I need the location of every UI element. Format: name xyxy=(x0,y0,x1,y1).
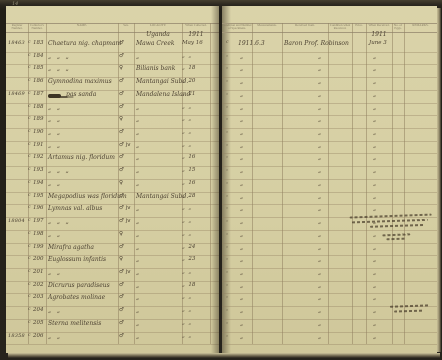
ditto-mark: „ xyxy=(240,321,248,327)
date-collected: „ „ xyxy=(182,105,212,111)
sex-mark: ♂ xyxy=(119,295,134,301)
ditto-mark: „ xyxy=(373,54,381,60)
row-tick: „ xyxy=(226,105,234,110)
handwritten-remark-note xyxy=(348,210,439,243)
ditto-mark: „ xyxy=(318,321,326,327)
register-row: c189„ „♀„„ „ xyxy=(6,115,219,129)
date-collected: „ „ xyxy=(182,54,212,60)
row-tick: „ xyxy=(226,181,234,186)
sex-mark: ♀ xyxy=(119,181,134,187)
species-name: Sterna melitensis xyxy=(48,321,118,327)
register-row: „„„„ xyxy=(222,255,437,269)
date-collected: „ „ xyxy=(182,206,212,212)
date-collected: „ „ xyxy=(182,143,212,149)
ditto-mark: „ xyxy=(240,155,248,161)
row-tick: c xyxy=(28,270,32,275)
specimen-number: 195 xyxy=(33,194,46,200)
specimen-number: 186 xyxy=(33,79,46,85)
specimen-number: 205 xyxy=(33,321,46,327)
specimen-number: 192 xyxy=(33,155,46,161)
locality: „ xyxy=(136,283,181,289)
species-name: Artamus nig. floridum xyxy=(48,155,118,161)
ditto-mark: „ xyxy=(373,245,381,251)
ditto-mark: „ xyxy=(240,143,248,149)
sex-mark: ♂ xyxy=(119,245,134,251)
register-row: „„„„ xyxy=(222,141,437,155)
ditto-mark: „ xyxy=(240,295,248,301)
row-tick: „ xyxy=(226,79,234,84)
specimen-number: 188 xyxy=(33,105,46,111)
locality: „ xyxy=(136,321,181,327)
species-name: „ „ „ xyxy=(48,168,118,174)
date-collected: „ 15 xyxy=(182,168,212,174)
ditto-mark: „ xyxy=(318,79,326,85)
register-row: c204„ „♂„„ „ xyxy=(6,306,219,320)
ditto-mark: „ xyxy=(318,219,326,225)
row-tick: „ xyxy=(226,130,234,135)
register-number: 18358 xyxy=(8,334,27,339)
ditto-mark: „ xyxy=(240,270,248,276)
handwriting-stroke xyxy=(394,310,424,313)
register-row: „„„„ xyxy=(222,77,437,91)
ditto-mark: „ xyxy=(373,105,381,111)
register-row: „„„„ xyxy=(222,90,437,104)
ditto-mark: „ xyxy=(318,155,326,161)
register-row: c198„ „♀„„ „ xyxy=(6,230,219,244)
date-collected: „ 24 xyxy=(182,245,212,251)
ditto-mark: „ xyxy=(318,308,326,314)
register-row: „„„„ xyxy=(222,153,437,167)
specimen-number: 185 xyxy=(33,66,46,72)
ditto-mark: „ xyxy=(240,92,248,98)
specimen-number: 204 xyxy=(33,308,46,314)
row-tick: c xyxy=(28,308,32,313)
specimen-number: 187 xyxy=(33,92,46,98)
date-collected: „ 23 xyxy=(182,257,212,263)
species-name: Gymnodina maximus xyxy=(48,79,118,85)
date-collected: „ „ xyxy=(182,334,212,340)
sex-mark: ♂ xyxy=(119,155,134,161)
date-collected: „ „ xyxy=(182,321,212,327)
specimen-number: 183 xyxy=(33,41,46,47)
date-collected: „ 16 xyxy=(182,181,212,187)
page-stack-edge-right xyxy=(437,8,441,352)
year-script: 1911 xyxy=(182,31,210,38)
sex-mark: ♀ xyxy=(119,117,134,123)
specimen-number: 184 xyxy=(33,54,46,60)
date-collected: „ „ xyxy=(182,232,212,238)
register-number: 18463 xyxy=(8,41,27,46)
register-row: c192Artamus nig. floridum♂„„ 16 xyxy=(6,153,219,167)
species-name: „ „ xyxy=(48,181,118,187)
species-name: „ „ xyxy=(48,143,118,149)
date-collected: „ „ xyxy=(182,295,212,301)
handwriting-stroke xyxy=(350,214,432,219)
row-tick: „ xyxy=(226,295,234,300)
specimen-number: 196 xyxy=(33,206,46,212)
register-row: „„„„ xyxy=(222,64,437,78)
register-row: 18469c187pas sanda♂Mandalena Island„ 21 xyxy=(6,90,219,104)
ditto-mark: „ xyxy=(240,283,248,289)
ditto-mark: „ xyxy=(373,117,381,123)
row-tick: „ xyxy=(226,219,234,224)
row-tick: c xyxy=(28,41,32,46)
register-row: c200Euglossum infantis♀„„ 23 xyxy=(6,255,219,269)
ditto-mark: „ xyxy=(318,54,326,60)
row-tick: „ xyxy=(226,155,234,160)
row-tick: c xyxy=(28,219,32,224)
handwritten-remark-note xyxy=(388,302,434,316)
specimen-number: 194 xyxy=(33,181,46,187)
row-tick: c xyxy=(28,245,32,250)
row-tick: „ xyxy=(226,143,234,148)
sex-mark: ♂ xyxy=(119,105,134,111)
register-row: „„„„ xyxy=(222,192,437,206)
locality: „ xyxy=(136,270,181,276)
date-collected: „ 21 xyxy=(182,92,212,98)
date-collected: „ „ xyxy=(182,270,212,276)
species-name: Megapodius was floridum xyxy=(48,194,118,200)
ditto-mark: „ xyxy=(240,245,248,251)
ditto-mark: „ xyxy=(373,168,381,174)
species-name: „ „ „ xyxy=(48,54,118,60)
locality: „ xyxy=(136,130,181,136)
specimen-number: 200 xyxy=(33,257,46,263)
register-row: „„„„ xyxy=(222,115,437,129)
register-row: c185„ „ „♀Bilianis bank„ 18 xyxy=(6,64,219,78)
species-name: „ „ xyxy=(48,308,118,314)
register-row: c191„ „♂ jv„„ „ xyxy=(6,141,219,155)
locality: „ xyxy=(136,334,181,340)
row-tick: „ xyxy=(226,194,234,199)
ditto-mark: „ xyxy=(318,194,326,200)
ditto-mark: „ xyxy=(373,321,381,327)
right-script-line: 1911 xyxy=(222,31,437,39)
ditto-mark: „ xyxy=(240,79,248,85)
row-tick: c xyxy=(28,295,32,300)
locality: Mantangai Subd. xyxy=(136,79,181,85)
register-row: „„„„ xyxy=(222,243,437,257)
row-tick: „ xyxy=(226,66,234,71)
locality: „ xyxy=(136,257,181,263)
sex-mark: ♂ xyxy=(119,283,134,289)
row-tick: c xyxy=(28,143,32,148)
ditto-mark: „ xyxy=(318,245,326,251)
row-tick: c xyxy=(28,54,32,59)
register-row: „„„„ xyxy=(222,179,437,193)
row-tick: c xyxy=(28,232,32,237)
locality: „ xyxy=(136,219,181,225)
locality: Bilianis bank xyxy=(136,66,181,72)
ditto-mark: „ xyxy=(318,270,326,276)
ditto-mark: „ xyxy=(318,117,326,123)
row-tick: „ xyxy=(226,283,234,288)
locality: „ xyxy=(136,105,181,111)
register-row: „„„„ xyxy=(222,166,437,180)
ditto-mark: „ xyxy=(373,283,381,289)
ditto-mark: „ xyxy=(240,130,248,136)
scanned-register-spread: 14 Register Number. Collector's Number. … xyxy=(0,0,442,360)
left-script-line: Uganda 1911 xyxy=(6,31,219,39)
register-row: c195Megapodius was floridum♂Mantangai Su… xyxy=(6,192,219,206)
row-tick: c xyxy=(28,194,32,199)
ditto-mark: „ xyxy=(318,130,326,136)
ditto-mark: „ xyxy=(240,194,248,200)
row-tick: c xyxy=(28,181,32,186)
ditto-mark: „ xyxy=(240,105,248,111)
species-name: Agrobates molinae xyxy=(48,295,118,301)
ditto-mark: „ xyxy=(318,334,326,340)
row-tick: c xyxy=(28,334,32,339)
specimen-number: 193 xyxy=(33,168,46,174)
register-row: 18804c197„ „ „♂ jv„„ „ xyxy=(6,217,219,231)
received-from: Baron Prof. Robinson xyxy=(284,41,332,47)
locality: „ xyxy=(136,308,181,314)
register-number: 18469 xyxy=(8,92,27,97)
row-tick: „ xyxy=(226,92,234,97)
register-row: c203Agrobates molinae♂„„ „ xyxy=(6,293,219,307)
register-row: „„„„ xyxy=(222,103,437,117)
locality: „ xyxy=(136,143,181,149)
ditto-mark: „ xyxy=(318,206,326,212)
register-row: c190„ „♂„„ „ xyxy=(6,128,219,142)
register-row: c193„ „ „♂„„ 15 xyxy=(6,166,219,180)
locality: Mawa Creek xyxy=(136,41,181,47)
register-row: c196Lymnas val. albus♂ jv„„ „ xyxy=(6,204,219,218)
specimen-number: 203 xyxy=(33,295,46,301)
row-tick: „ xyxy=(226,270,234,275)
species-name: „ „ xyxy=(48,334,118,340)
ditto-mark: „ xyxy=(240,257,248,263)
date-collected: „ „ xyxy=(182,117,212,123)
sex-mark: ♂ jv xyxy=(119,206,134,212)
year-script: 1911 xyxy=(366,31,392,38)
ditto-mark: „ xyxy=(240,54,248,60)
sex-mark: ♀ xyxy=(119,232,134,238)
ditto-mark: „ xyxy=(240,334,248,340)
handwriting-stroke xyxy=(386,238,406,241)
ditto-mark: „ xyxy=(373,270,381,276)
ditto-mark: „ xyxy=(318,105,326,111)
species-name: „ „ xyxy=(48,232,118,238)
species-name: „ „ xyxy=(48,270,118,276)
specimen-number: 198 xyxy=(33,232,46,238)
register-row: „„„„ xyxy=(222,281,437,295)
ditto-mark: „ xyxy=(240,117,248,123)
register-row: c194„ „♀„„ 16 xyxy=(6,179,219,193)
ditto-mark: „ xyxy=(318,168,326,174)
specimen-number: 206 xyxy=(33,334,46,340)
date-collected: „ „ xyxy=(182,219,212,225)
locality: „ xyxy=(136,117,181,123)
species-name: „ „ xyxy=(48,105,118,111)
row-tick: c xyxy=(28,155,32,160)
date-collected: „ 18 xyxy=(182,66,212,72)
row-tick: „ xyxy=(226,232,234,237)
date-collected: „ „ xyxy=(182,308,212,314)
ink-blot-strikeout xyxy=(48,94,61,98)
specimen-number: 190 xyxy=(33,130,46,136)
ditto-mark: „ xyxy=(373,334,381,340)
ditto-mark: „ xyxy=(373,66,381,72)
register-row: 18463c183Chaetura nig. chapmani♂Mawa Cre… xyxy=(6,39,219,53)
ditto-mark: „ xyxy=(318,257,326,263)
register-row: c186Gymnodina maximus♂Mantangai Subd.„ 2… xyxy=(6,77,219,91)
date-collected: „ 18 xyxy=(182,283,212,289)
handwriting-stroke xyxy=(370,224,424,228)
sex-mark: ♂ jv xyxy=(119,143,134,149)
ditto-mark: „ xyxy=(373,130,381,136)
species-name: Mirafra agatha xyxy=(48,245,118,251)
row-tick: „ xyxy=(226,334,234,339)
register-row: „„„„ xyxy=(222,319,437,333)
ditto-mark: „ xyxy=(373,79,381,85)
row-tick: c xyxy=(226,41,234,46)
specimen-number: 189 xyxy=(33,117,46,123)
ditto-mark: „ xyxy=(240,181,248,187)
row-tick: c xyxy=(28,321,32,326)
register-row: „„„„ xyxy=(222,332,437,346)
date-collected: „ 28 xyxy=(182,194,212,200)
date-collected: „ 20 xyxy=(182,79,212,85)
ditto-mark: „ xyxy=(240,219,248,225)
row-tick: c xyxy=(28,117,32,122)
locality: „ xyxy=(136,54,181,60)
register-row: „„„„ xyxy=(222,128,437,142)
locality: „ xyxy=(136,206,181,212)
register-row: c199Mirafra agatha♂„„ 24 xyxy=(6,243,219,257)
sex-mark: ♂ xyxy=(119,130,134,136)
row-tick: c xyxy=(28,92,32,97)
sex-mark: ♂ xyxy=(119,92,134,98)
species-name: Lymnas val. albus xyxy=(48,206,118,212)
specimen-number: 191 xyxy=(33,143,46,149)
sex-mark: ♂ xyxy=(119,168,134,174)
ditto-mark: „ xyxy=(318,92,326,98)
sex-mark: ♂ xyxy=(119,41,134,47)
ditto-mark: „ xyxy=(373,257,381,263)
locality: „ xyxy=(136,181,181,187)
ditto-mark: „ xyxy=(373,295,381,301)
ditto-mark: „ xyxy=(318,232,326,238)
ditto-mark: „ xyxy=(318,295,326,301)
specimen-number: 197 xyxy=(33,219,46,225)
ditto-mark: „ xyxy=(373,143,381,149)
register-right-page: Condition and Number of Specimens. Measu… xyxy=(222,6,437,353)
ditto-mark: „ xyxy=(318,283,326,289)
register-row: c201„ „♂ jv„„ „ xyxy=(6,268,219,282)
date-collected: „ 16 xyxy=(182,155,212,161)
sex-mark: ♂ xyxy=(119,334,134,340)
row-tick: c xyxy=(28,257,32,262)
handwriting-stroke xyxy=(352,219,428,224)
sex-mark: ♂ xyxy=(119,308,134,314)
sex-mark: ♀ xyxy=(119,66,134,72)
ditto-mark: „ xyxy=(373,194,381,200)
date-collected: May 16 xyxy=(182,41,212,47)
row-tick: c xyxy=(28,206,32,211)
date-received: June 3 xyxy=(369,41,395,47)
ditto-mark: „ xyxy=(318,66,326,72)
register-row: c202Dicrurus paradiseus♂„„ 18 xyxy=(6,281,219,295)
sex-mark: ♀ xyxy=(119,257,134,263)
row-tick: „ xyxy=(226,117,234,122)
locality: „ xyxy=(136,155,181,161)
row-tick: „ xyxy=(226,168,234,173)
row-tick: „ xyxy=(226,257,234,262)
ditto-mark: „ xyxy=(240,232,248,238)
sex-mark: ♂ jv xyxy=(119,270,134,276)
row-tick: c xyxy=(28,283,32,288)
ditto-mark: „ xyxy=(373,155,381,161)
species-name: pas sanda xyxy=(66,92,118,98)
handwriting-stroke xyxy=(382,233,410,236)
handwriting-stroke xyxy=(390,304,430,307)
ditto-mark: „ xyxy=(240,66,248,72)
sex-mark: ♂ xyxy=(119,79,134,85)
sex-mark: ♂ xyxy=(119,321,134,327)
species-name: „ „ „ xyxy=(48,66,118,72)
locality: „ xyxy=(136,295,181,301)
species-name: Dicrurus paradiseus xyxy=(48,283,118,289)
species-name: Chaetura nig. chapmani xyxy=(48,41,118,47)
row-tick: „ xyxy=(226,206,234,211)
row-tick: c xyxy=(28,66,32,71)
specimen-number: 199 xyxy=(33,245,46,251)
register-number: 18804 xyxy=(8,219,27,224)
row-tick: „ xyxy=(226,308,234,313)
locality: Mantangai Subd. xyxy=(136,194,181,200)
register-row: c1911.6.3Baron Prof. RobinsonJune 3 xyxy=(222,39,437,53)
specimen-number: 201 xyxy=(33,270,46,276)
register-row: c184„ „ „♂„„ „ xyxy=(6,52,219,66)
row-tick: „ xyxy=(226,245,234,250)
locality: „ xyxy=(136,232,181,238)
column-rule xyxy=(210,23,211,344)
species-name: „ „ xyxy=(48,130,118,136)
ditto-mark: „ xyxy=(240,206,248,212)
date-collected: „ „ xyxy=(182,130,212,136)
register-row: „„„„ xyxy=(222,268,437,282)
row-tick: „ xyxy=(226,54,234,59)
row-tick: c xyxy=(28,79,32,84)
sex-mark: ♂ xyxy=(119,194,134,200)
register-row: c188„ „♂„„ „ xyxy=(6,103,219,117)
ditto-mark: „ xyxy=(373,181,381,187)
country-script: Uganda xyxy=(134,31,182,38)
row-tick: c xyxy=(28,105,32,110)
ditto-mark: „ xyxy=(318,181,326,187)
row-tick: c xyxy=(28,168,32,173)
ditto-mark: „ xyxy=(373,92,381,98)
register-row: 18358c206„ „♂„„ „ xyxy=(6,332,219,346)
locality: Mandalena Island xyxy=(136,92,181,98)
ditto-mark: „ xyxy=(240,168,248,174)
locality: „ xyxy=(136,245,181,251)
register-row: c205Sterna melitensis♂„„ „ xyxy=(6,319,219,333)
row-tick: „ xyxy=(226,321,234,326)
specimen-number: 202 xyxy=(33,283,46,289)
ditto-mark: „ xyxy=(240,308,248,314)
ditto-mark: „ xyxy=(373,308,381,314)
register-left-page: Register Number. Collector's Number. NAM… xyxy=(6,6,219,353)
page-stack-edge-bottom xyxy=(8,353,440,358)
species-name: Euglossum infantis xyxy=(48,257,118,263)
accession-number: 1911.6.3 xyxy=(238,41,270,47)
sex-mark: ♂ jv xyxy=(119,219,134,225)
species-name: „ „ „ xyxy=(48,219,118,225)
row-tick: c xyxy=(28,130,32,135)
